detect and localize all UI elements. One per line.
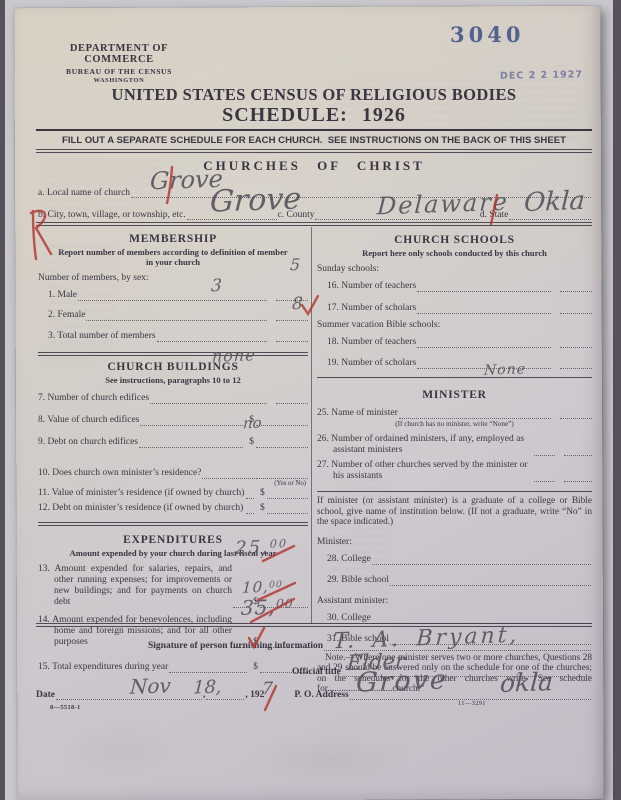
edifice-debt-answer-line <box>256 438 308 448</box>
dotted-leader <box>86 311 267 321</box>
form-row-edifice-debt: 9. Debt on church edifices $ <box>38 437 308 448</box>
dotted-leader <box>140 416 243 426</box>
row26-label: 26. Number of ordained ministers, if any… <box>317 434 533 456</box>
form-row-edifices: 7. Number of church edifices <box>38 393 308 404</box>
edifice-value-label: 8. Value of church edifices <box>38 415 139 426</box>
form-row-total-members: 3. Total number of members <box>38 331 308 342</box>
row17-answer-line <box>560 304 592 314</box>
form-row-28: 28. College <box>317 554 592 565</box>
signature-label: Signature of person furnishing informati… <box>148 641 323 651</box>
city-county-state-row: b. City, town, village, or township, etc… <box>38 210 592 220</box>
buildings-subtitle: See instructions, paragraphs 10 to 12 <box>38 375 308 385</box>
form-row-16: 16. Number of teachers <box>317 281 592 292</box>
hw-owns-residence: no <box>243 416 262 432</box>
hw-po-city: Grove <box>355 666 448 696</box>
dotted-leader <box>372 614 591 624</box>
minister-name-label: 25. Name of minister <box>317 408 398 419</box>
residence-debt-answer-line <box>267 504 308 514</box>
membership-subtitle: Report number of members according to de… <box>56 247 290 267</box>
membership-intro: Number of members, by sex: <box>38 273 308 283</box>
hw-expense-13: 25,00 <box>235 538 289 558</box>
schools-subtitle: Report here only schools conducted by th… <box>317 248 592 258</box>
form-title: UNITED STATES CENSUS OF RELIGIOUS BODIES <box>36 85 592 105</box>
dotted-leader <box>372 555 591 565</box>
row16-label: 16. Number of teachers <box>327 281 416 292</box>
edifice-debt-label: 9. Debt on church edifices <box>38 437 138 448</box>
form-row-18: 18. Number of teachers <box>317 337 592 348</box>
dotted-leader <box>417 304 551 314</box>
minister-group: Minister: <box>317 537 592 547</box>
dotted-leader <box>417 282 551 292</box>
form-row-residence-value: 11. Value of minister’s residence (if ow… <box>38 488 308 499</box>
sunday-schools-group: Sunday schools: <box>317 264 592 274</box>
dotted-leader <box>534 472 555 482</box>
row19-answer-line <box>560 359 592 369</box>
form-row-edifice-value: 8. Value of church edifices $ <box>38 415 308 426</box>
expense-13-label: 13. Amount expended for salaries, repair… <box>38 564 232 608</box>
owns-residence-label: 10. Does church own minister’s residence… <box>38 468 201 479</box>
minister-name-note: (If church has no minister, write “None”… <box>317 420 592 428</box>
paper-stain <box>250 735 410 785</box>
hw-female-count: 3 <box>211 278 223 295</box>
buildings-heading: CHURCH BUILDINGS <box>38 361 308 373</box>
edifices-answer-line <box>276 394 308 404</box>
hw-city: Grove <box>209 184 302 217</box>
row30-label: 30. College <box>327 613 371 624</box>
row28-label: 28. College <box>327 554 371 565</box>
form-row-17: 17. Number of scholars <box>317 303 592 314</box>
hw-po-state: okla <box>499 669 553 696</box>
edifice-value-answer-line <box>256 416 308 426</box>
letterhead: DEPARTMENT OF COMMERCE BUREAU OF THE CEN… <box>40 44 198 84</box>
dotted-leader <box>390 576 591 586</box>
row18-label: 18. Number of teachers <box>327 337 416 348</box>
form-row-29: 29. Bible school <box>317 575 592 586</box>
row17-label: 17. Number of scholars <box>327 303 416 314</box>
residence-value-answer-line <box>267 489 308 499</box>
paper-stain <box>60 720 180 780</box>
hw-minister-name: None <box>484 362 527 377</box>
dotted-leader <box>150 394 267 404</box>
schools-heading: CHURCH SCHOOLS <box>317 234 592 246</box>
dollar-sign: $ <box>249 437 254 448</box>
minister-heading: MINISTER <box>317 389 592 401</box>
minister-name-answer-line <box>560 409 592 419</box>
column-divider <box>311 227 312 624</box>
bureau-name: BUREAU OF THE CENSUS <box>40 68 198 76</box>
print-number: 11—3291 <box>458 700 486 707</box>
hw-total-members: 8 <box>292 296 304 313</box>
dotted-leader <box>139 438 243 448</box>
double-rule <box>36 222 592 226</box>
official-title-label: Official title <box>292 667 341 677</box>
hw-date-month: Nov <box>129 675 171 696</box>
form-number: 8—5518-1 <box>50 704 81 711</box>
hw-expense-15: 35,00 <box>240 596 294 618</box>
form-row-owns-residence: 10. Does church own minister’s residence… <box>38 468 308 479</box>
total-members-answer-line <box>276 332 308 342</box>
dotted-leader <box>534 446 555 456</box>
dotted-leader <box>202 469 255 479</box>
form-row-female: 2. Female <box>38 310 308 321</box>
female-label: 2. Female <box>48 310 85 321</box>
form-row-19: 19. Number of scholars <box>317 358 592 369</box>
scanned-census-form: 3040 DEPARTMENT OF COMMERCE BUREAU OF TH… <box>0 0 621 800</box>
hw-expense-14: 10,00 <box>242 579 283 595</box>
dotted-leader <box>157 332 267 342</box>
hw-date-year: 7 <box>262 681 274 698</box>
double-rule <box>38 352 308 356</box>
single-rule <box>317 377 592 378</box>
form-row-27: 27. Number of other churches served by t… <box>317 460 592 482</box>
dotted-leader <box>399 409 551 419</box>
hw-edifices: none <box>212 347 257 365</box>
dotted-leader <box>78 291 267 301</box>
row19-label: 19. Number of scholars <box>327 358 416 369</box>
instruction-banner: FILL OUT A SEPARATE SCHEDULE FOR EACH CH… <box>36 129 592 146</box>
form-subtitle: SCHEDULE: 1926 <box>36 104 592 127</box>
edifices-label: 7. Number of church edifices <box>38 393 149 404</box>
residence-value-label: 11. Value of minister’s residence (if ow… <box>38 488 245 499</box>
dotted-leader <box>246 504 254 514</box>
dotted-leader <box>417 338 551 348</box>
dollar-sign: $ <box>260 488 265 499</box>
row27-label: 27. Number of other churches served by t… <box>317 460 533 482</box>
double-rule <box>38 522 308 526</box>
bible-schools-group: Summer vacation Bible schools: <box>317 320 592 330</box>
hw-state: Okla <box>523 188 585 216</box>
graduate-note: If minister (or assistant minister) is a… <box>317 496 592 528</box>
form-row-30: 30. College <box>317 613 592 624</box>
row16-answer-line <box>560 282 592 292</box>
denomination-heading: CHURCHES OF CHRIST <box>36 158 592 174</box>
agency-name: DEPARTMENT OF COMMERCE <box>40 44 198 65</box>
received-date-stamp: DEC 2 2 1927 <box>500 69 583 81</box>
dotted-leader <box>246 489 254 499</box>
date-label: Date <box>36 690 55 700</box>
office-city: WASHINGTON <box>40 78 198 84</box>
hw-date-day: 18, <box>193 678 223 697</box>
row18-answer-line <box>560 338 592 348</box>
row29-label: 29. Bible school <box>327 575 389 586</box>
dollar-sign: $ <box>260 503 265 514</box>
membership-heading: MEMBERSHIP <box>38 233 308 245</box>
po-address-label: P. O. Address <box>294 690 348 700</box>
local-name-label: a. Local name of church <box>38 188 130 198</box>
city-label: b. City, town, village, or township, etc… <box>38 210 186 220</box>
double-rule <box>36 149 592 153</box>
hw-male-count: 5 <box>290 257 301 273</box>
form-row-25: 25. Name of minister <box>317 408 592 419</box>
assistant-minister-group: Assistant minister: <box>317 596 592 606</box>
form-row-residence-debt: 12. Debt on minister’s residence (if own… <box>38 503 308 514</box>
male-label: 1. Male <box>48 290 77 301</box>
owns-residence-answer-line: (Yes or No) <box>256 469 308 479</box>
form-row-26: 26. Number of ordained ministers, if any… <box>317 434 592 456</box>
residence-debt-label: 12. Debt on minister’s residence (if own… <box>38 503 245 514</box>
hw-county: Delaware <box>376 190 509 219</box>
row26-answer-line <box>564 446 592 456</box>
form-row-male: 1. Male <box>38 290 308 301</box>
serial-number-stamp: 3040 <box>450 22 524 47</box>
row27-answer-line <box>564 472 592 482</box>
single-rule <box>317 491 592 492</box>
total-members-label: 3. Total number of members <box>48 331 156 342</box>
